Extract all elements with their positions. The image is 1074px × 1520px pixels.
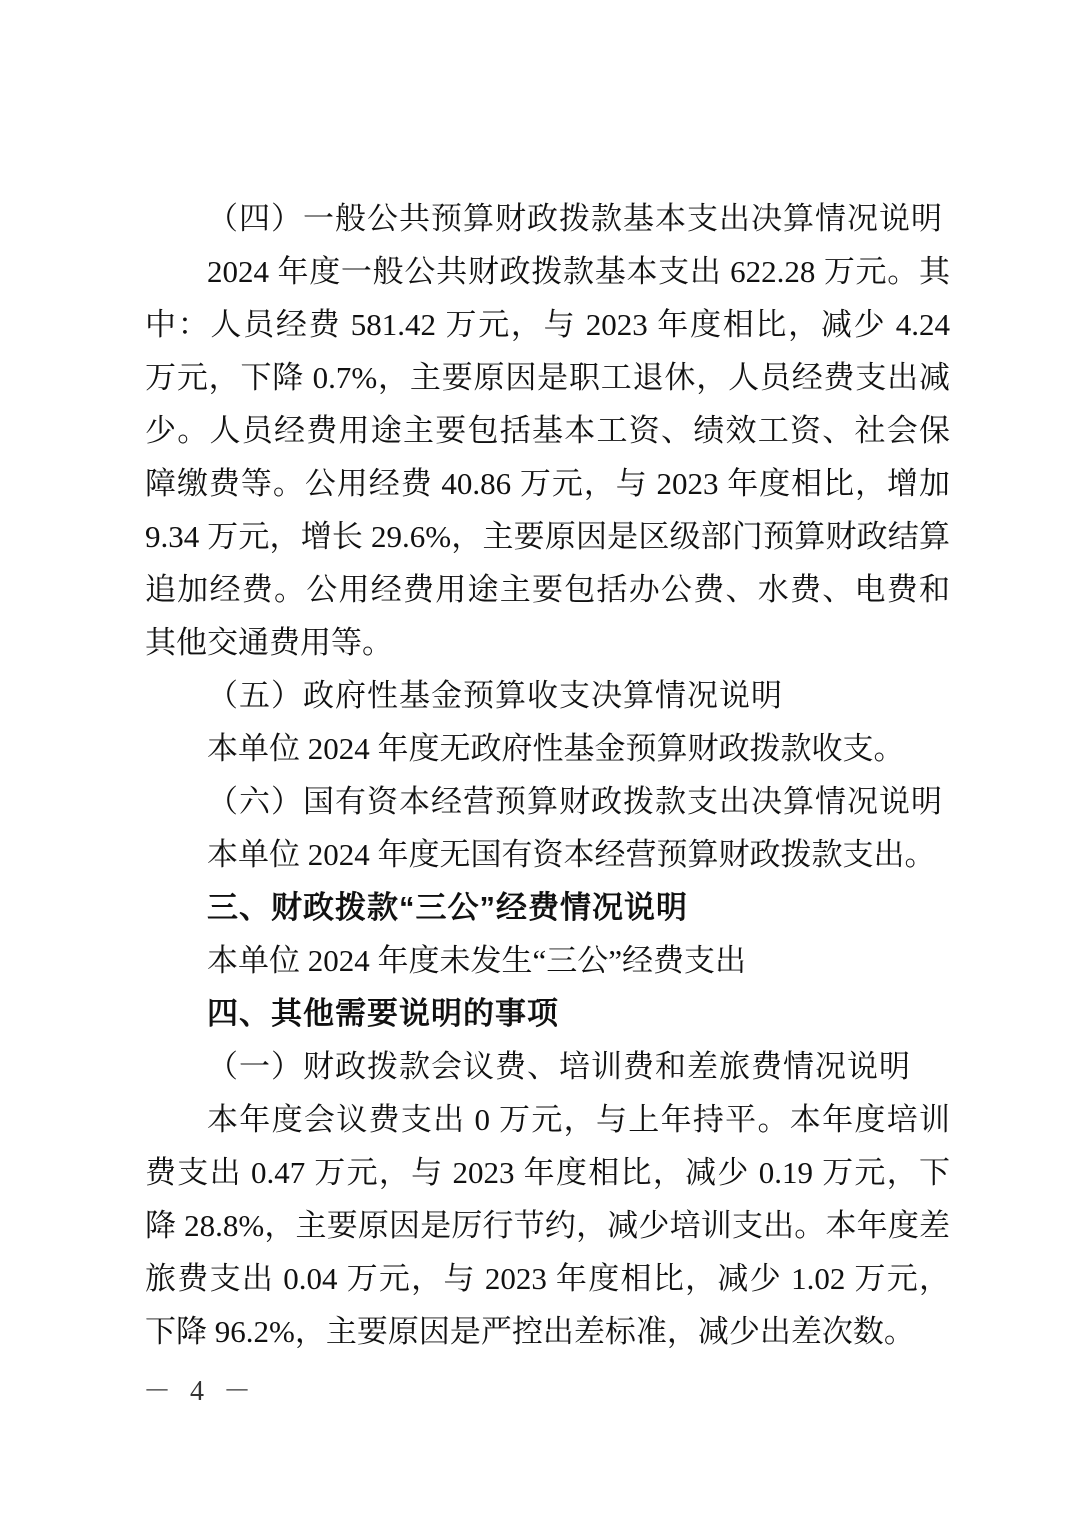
document-page: （四）一般公共预算财政拨款基本支出决算情况说明 2024 年度一般公共财政拨款基… [0, 0, 1074, 1520]
heading-other-matters: 四、其他需要说明的事项 [145, 987, 950, 1040]
paragraph-gov-fund: 本单位 2024 年度无政府性基金预算财政拨款收支。 [145, 722, 950, 775]
document-content: （四）一般公共预算财政拨款基本支出决算情况说明 2024 年度一般公共财政拨款基… [145, 192, 950, 1358]
paragraph-state-capital: 本单位 2024 年度无国有资本经营预算财政拨款支出。 [145, 828, 950, 881]
page-number: － 4 － [143, 1376, 257, 1408]
heading-three-public-expense: 三、财政拨款“三公”经费情况说明 [145, 881, 950, 934]
subheading-section-4: （四）一般公共预算财政拨款基本支出决算情况说明 [145, 192, 950, 245]
subheading-section-6: （六）国有资本经营预算财政拨款支出决算情况说明 [145, 775, 950, 828]
paragraph-meeting-training: 本年度会议费支出 0 万元，与上年持平。本年度培训费支出 0.47 万元，与 2… [145, 1093, 950, 1358]
paragraph-basic-expenditure: 2024 年度一般公共财政拨款基本支出 622.28 万元。其中：人员经费 58… [145, 245, 950, 669]
paragraph-three-public: 本单位 2024 年度未发生“三公”经费支出 [145, 934, 950, 987]
subheading-meeting-training: （一）财政拨款会议费、培训费和差旅费情况说明 [145, 1040, 950, 1093]
subheading-section-5: （五）政府性基金预算收支决算情况说明 [145, 669, 950, 722]
